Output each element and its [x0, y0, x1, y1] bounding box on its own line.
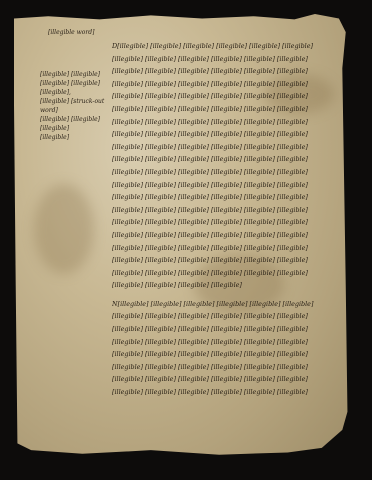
text-line: [illegible] [illegible] [illegible] [ill…: [112, 65, 347, 78]
paragraph-2: N[illegible] [illegible] [illegible] [il…: [112, 298, 347, 399]
text-line: [illegible] [illegible] [illegible] [ill…: [112, 90, 347, 103]
text-line: [illegible] [illegible] [illegible] [ill…: [112, 53, 347, 66]
text-line: [illegible] [illegible] [illegible] [ill…: [112, 336, 347, 349]
text-line: [illegible] [illegible] [illegible] [ill…: [112, 204, 347, 217]
text-line: [illegible] [illegible] [illegible] [ill…: [112, 323, 347, 336]
text-line: [illegible] [illegible] [illegible] [ill…: [112, 141, 347, 154]
text-line: [illegible] [illegible] [illegible] [ill…: [112, 166, 347, 179]
text-line: [illegible] [illegible] [illegible] [ill…: [112, 229, 347, 242]
text-line: [illegible] [illegible] [illegible] [ill…: [112, 116, 347, 129]
paragraph-1: D[illegible] [illegible] [illegible] [il…: [112, 40, 347, 292]
margin-line: [illegible]: [40, 133, 120, 142]
margin-line: [illegible] [illegible] [illegible]: [40, 115, 120, 133]
text-line: [illegible] [illegible] [illegible] [ill…: [112, 216, 347, 229]
text-line: [illegible] [illegible] [illegible] [ill…: [112, 348, 347, 361]
stain: [34, 184, 94, 274]
text-line: N[illegible] [illegible] [illegible] [il…: [112, 298, 347, 311]
margin-annotation: [illegible word] [illegible] [illegible]…: [40, 70, 120, 142]
text-line: D[illegible] [illegible] [illegible] [il…: [112, 40, 347, 53]
text-line: [illegible] [illegible] [illegible] [ill…: [112, 242, 347, 255]
text-line: [illegible] [illegible] [illegible] [ill…: [112, 310, 347, 323]
text-line: [illegible] [illegible] [illegible] [ill…: [112, 267, 347, 280]
text-line: [illegible] [illegible] [illegible] [ill…: [112, 279, 347, 292]
margin-line: [illegible] [illegible]: [40, 79, 120, 88]
text-line: [illegible] [illegible] [illegible] [ill…: [112, 386, 347, 399]
text-line: [illegible] [illegible] [illegible] [ill…: [112, 179, 347, 192]
margin-line: [illegible] [illegible]: [40, 70, 120, 79]
text-line: [illegible] [illegible] [illegible] [ill…: [112, 153, 347, 166]
text-line: [illegible] [illegible] [illegible] [ill…: [112, 373, 347, 386]
text-line: [illegible] [illegible] [illegible] [ill…: [112, 78, 347, 91]
text-line: [illegible] [illegible] [illegible] [ill…: [112, 254, 347, 267]
margin-heading: [illegible word]: [48, 28, 94, 37]
text-line: [illegible] [illegible] [illegible] [ill…: [112, 191, 347, 204]
margin-line: [illegible] [struck-out word]: [40, 97, 120, 115]
margin-line: [illegible],: [40, 88, 120, 97]
manuscript-body: D[illegible] [illegible] [illegible] [il…: [112, 40, 347, 399]
text-line: [illegible] [illegible] [illegible] [ill…: [112, 103, 347, 116]
text-line: [illegible] [illegible] [illegible] [ill…: [112, 128, 347, 141]
text-line: [illegible] [illegible] [illegible] [ill…: [112, 361, 347, 374]
